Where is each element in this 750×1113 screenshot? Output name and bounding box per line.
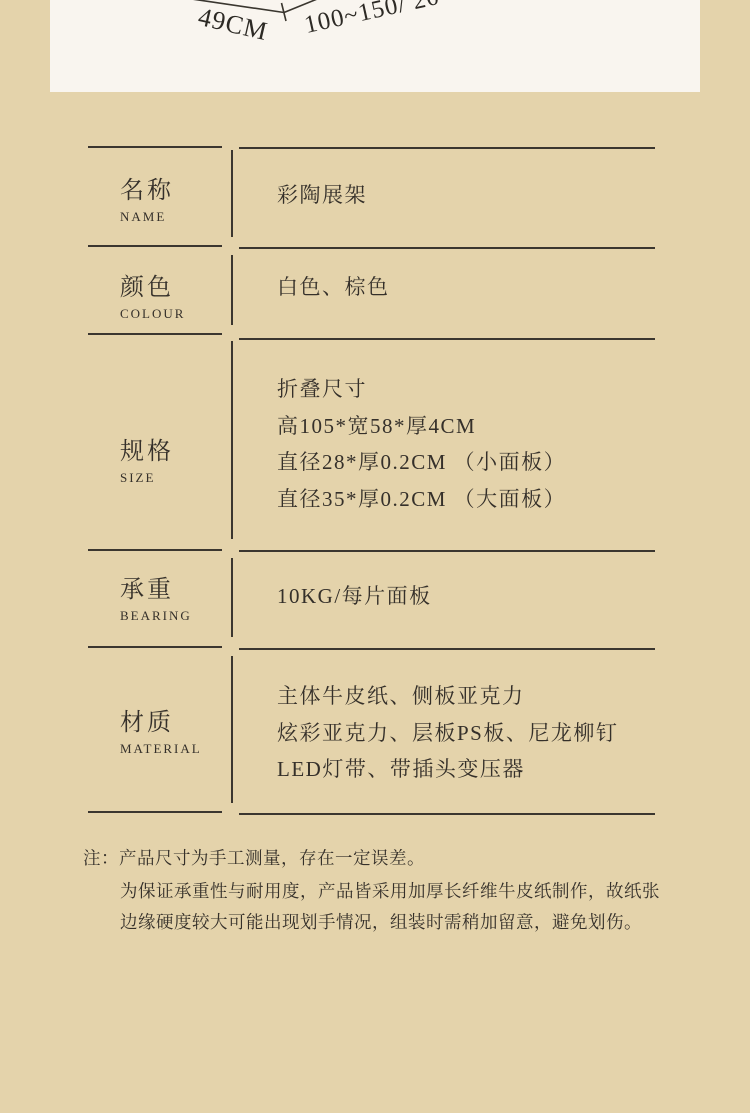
spec-value-size: 折叠尺寸 高105*宽58*厚4CM 直径28*厚0.2CM （小面板） 直径3… <box>277 371 566 517</box>
note-line-2: 为保证承重性与耐用度，产品皆采用加厚长纤维牛皮纸制作，故纸张 <box>120 876 660 907</box>
spec-value-line: 彩陶展架 <box>277 177 367 214</box>
spec-label-size: 规格 SIZE <box>120 440 174 484</box>
spec-label-bearing-cn: 承重 <box>120 578 192 603</box>
rule-value-bottom <box>239 813 655 815</box>
rule-value-top <box>239 147 655 149</box>
product-detail-page: 49CM 100~150/ 20 名称 NAME 彩陶展架 <box>0 0 750 1113</box>
rule-value <box>239 338 655 340</box>
product-note: 注：产品尺寸为手工测量，存在一定误差。 为保证承重性与耐用度，产品皆采用加厚长纤… <box>83 843 660 938</box>
rule-label-bottom <box>88 811 222 813</box>
spec-value-line: 高105*宽58*厚4CM <box>277 408 566 445</box>
column-divider <box>231 558 233 637</box>
spec-label-colour-en: COLOUR <box>120 307 185 320</box>
spec-value-line: 折叠尺寸 <box>277 371 566 408</box>
spec-value-bearing: 10KG/每片面板 <box>277 578 432 615</box>
rule-label <box>88 245 222 247</box>
spec-value-line: 直径35*厚0.2CM （大面板） <box>277 481 566 518</box>
spec-value-line: 主体牛皮纸、侧板亚克力 <box>277 678 618 715</box>
spec-value-line: LED灯带、带插头变压器 <box>277 751 618 788</box>
spec-label-bearing-en: BEARING <box>120 609 192 622</box>
column-divider <box>231 656 233 803</box>
spec-label-material: 材质 MATERIAL <box>120 711 202 755</box>
product-diagram-panel: 49CM 100~150/ 20 <box>50 0 700 92</box>
spec-label-bearing: 承重 BEARING <box>120 578 192 622</box>
rule-value <box>239 648 655 650</box>
column-divider <box>231 341 233 539</box>
rule-value <box>239 550 655 552</box>
spec-label-name-cn: 名称 <box>120 179 174 204</box>
rule-label <box>88 333 222 335</box>
spec-value-line: 白色、棕色 <box>277 269 390 306</box>
spec-table: 名称 NAME 彩陶展架 颜色 COLOUR 白色、棕色 规格 SIZE 折叠尺… <box>88 146 655 816</box>
spec-label-name: 名称 NAME <box>120 179 174 223</box>
rule-value <box>239 247 655 249</box>
spec-label-material-cn: 材质 <box>120 711 202 736</box>
note-line-3: 边缘硬度较大可能出现划手情况，组装时需稍加留意，避免划伤。 <box>120 907 660 938</box>
spec-value-material: 主体牛皮纸、侧板亚克力 炫彩亚克力、层板PS板、尼龙柳钉 LED灯带、带插头变压… <box>277 678 618 788</box>
spec-value-colour: 白色、棕色 <box>277 269 390 306</box>
column-divider <box>231 255 233 325</box>
rule-label <box>88 646 222 648</box>
note-prefix: 注： <box>83 848 119 868</box>
spec-label-colour-cn: 颜色 <box>120 276 185 301</box>
spec-value-line: 炫彩亚克力、层板PS板、尼龙柳钉 <box>277 715 618 752</box>
spec-label-size-en: SIZE <box>120 471 174 484</box>
rule-label-top <box>88 146 222 148</box>
note-text: 产品尺寸为手工测量，存在一定误差。 <box>119 848 425 868</box>
spec-label-colour: 颜色 COLOUR <box>120 276 185 320</box>
spec-value-line: 直径28*厚0.2CM （小面板） <box>277 444 566 481</box>
spec-value-line: 10KG/每片面板 <box>277 578 432 615</box>
spec-label-name-en: NAME <box>120 210 174 223</box>
spec-label-size-cn: 规格 <box>120 440 174 465</box>
spec-label-material-en: MATERIAL <box>120 742 202 755</box>
rule-label <box>88 549 222 551</box>
column-divider <box>231 150 233 237</box>
spec-value-name: 彩陶展架 <box>277 177 367 214</box>
note-line-1: 注：产品尺寸为手工测量，存在一定误差。 <box>83 843 660 874</box>
